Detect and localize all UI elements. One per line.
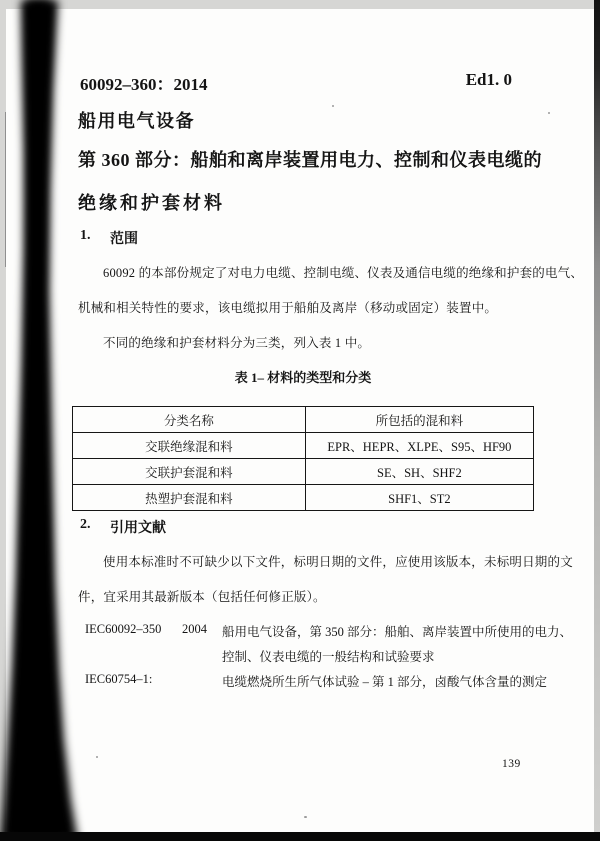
table1-title: 表 1– 材料的类型和分类 xyxy=(72,367,534,386)
section1-para1-line2: 机械和相关特性的要求，该电缆拟用于船舶及离岸（移动或固定）装置中。 xyxy=(78,298,497,316)
table-row: 交联绝缘混和料 EPR、HEPR、XLPE、S95、HF90 xyxy=(73,433,534,459)
reference-id: IEC60092–350 xyxy=(85,622,161,637)
doc-header-row: 60092–360：2014 Ed1. 0 xyxy=(80,70,512,95)
scan-speck xyxy=(304,816,307,818)
reference-desc-line: 电缆燃烧所生所气体试验 – 第 1 部分，卤酸气体含量的测定 xyxy=(222,672,547,690)
section2-para1-line2: 件，宜采用其最新版本（包括任何修正版）。 xyxy=(78,587,326,605)
reference-year: 2004 xyxy=(182,622,207,637)
materials-table: 分类名称 所包括的混和料 交联绝缘混和料 EPR、HEPR、XLPE、S95、H… xyxy=(72,406,534,511)
scan-speck xyxy=(548,112,550,114)
table-cell-class: 交联护套混和料 xyxy=(73,459,306,485)
scan-speck xyxy=(96,756,98,758)
page-number: 139 xyxy=(502,758,521,770)
section1-title: 范围 xyxy=(110,228,138,248)
table-header-row: 分类名称 所包括的混和料 xyxy=(73,407,534,433)
edition-label: Ed1. 0 xyxy=(466,70,512,95)
section1-para2: 不同的绝缘和护套材料分为三类，列入表 1 中。 xyxy=(103,333,370,351)
table-cell-compounds: EPR、HEPR、XLPE、S95、HF90 xyxy=(305,433,533,459)
section2-heading: 2. 引用文献 xyxy=(80,517,166,537)
section1-number: 1. xyxy=(80,228,110,248)
section1-para1-line1: 60092 的本部份规定了对电力电缆、控制电缆、仪表及通信电缆的绝缘和护套的电气… xyxy=(103,263,583,281)
doc-title-line1: 第 360 部分：船舶和离岸装置用电力、控制和仪表电缆的 xyxy=(78,146,542,172)
section2-title: 引用文献 xyxy=(110,517,166,537)
scan-edge-bottom-decoration xyxy=(0,832,600,841)
table-cell-compounds: SE、SH、SHF2 xyxy=(305,459,533,485)
section2-number: 2. xyxy=(80,517,110,537)
reference-desc-line: 控制、仪表电缆的一般结构和试验要求 xyxy=(222,647,435,665)
table-header-classification: 分类名称 xyxy=(73,407,306,433)
reference-desc-line: 船用电气设备，第 350 部分：船舶、离岸装置中所使用的电力、 xyxy=(222,622,572,640)
table-header-compounds: 所包括的混和料 xyxy=(305,407,533,433)
reference-id: IEC60754–1: xyxy=(85,672,152,687)
scanned-document-page: { "header": { "doc_number": "60092–360：2… xyxy=(0,0,600,841)
table-row: 交联护套混和料 SE、SH、SHF2 xyxy=(73,459,534,485)
scan-speck xyxy=(332,105,334,107)
section2-para1-line1: 使用本标准时不可缺少以下文件，标明日期的文件，应使用该版本，未标明日期的文 xyxy=(103,552,573,570)
scan-edge-right-decoration xyxy=(594,0,600,832)
doc-number: 60092–360：2014 xyxy=(80,70,208,95)
table-cell-class: 热塑护套混和料 xyxy=(73,485,306,511)
table-cell-class: 交联绝缘混和料 xyxy=(73,433,306,459)
fold-line-decoration xyxy=(5,112,6,267)
table-row: 热塑护套混和料 SHF1、ST2 xyxy=(73,485,534,511)
section1-heading: 1. 范围 xyxy=(80,228,138,248)
doc-subject: 船用电气设备 xyxy=(78,107,195,133)
doc-title-line2: 绝缘和护套材料 xyxy=(78,189,225,215)
table-cell-compounds: SHF1、ST2 xyxy=(305,485,533,511)
